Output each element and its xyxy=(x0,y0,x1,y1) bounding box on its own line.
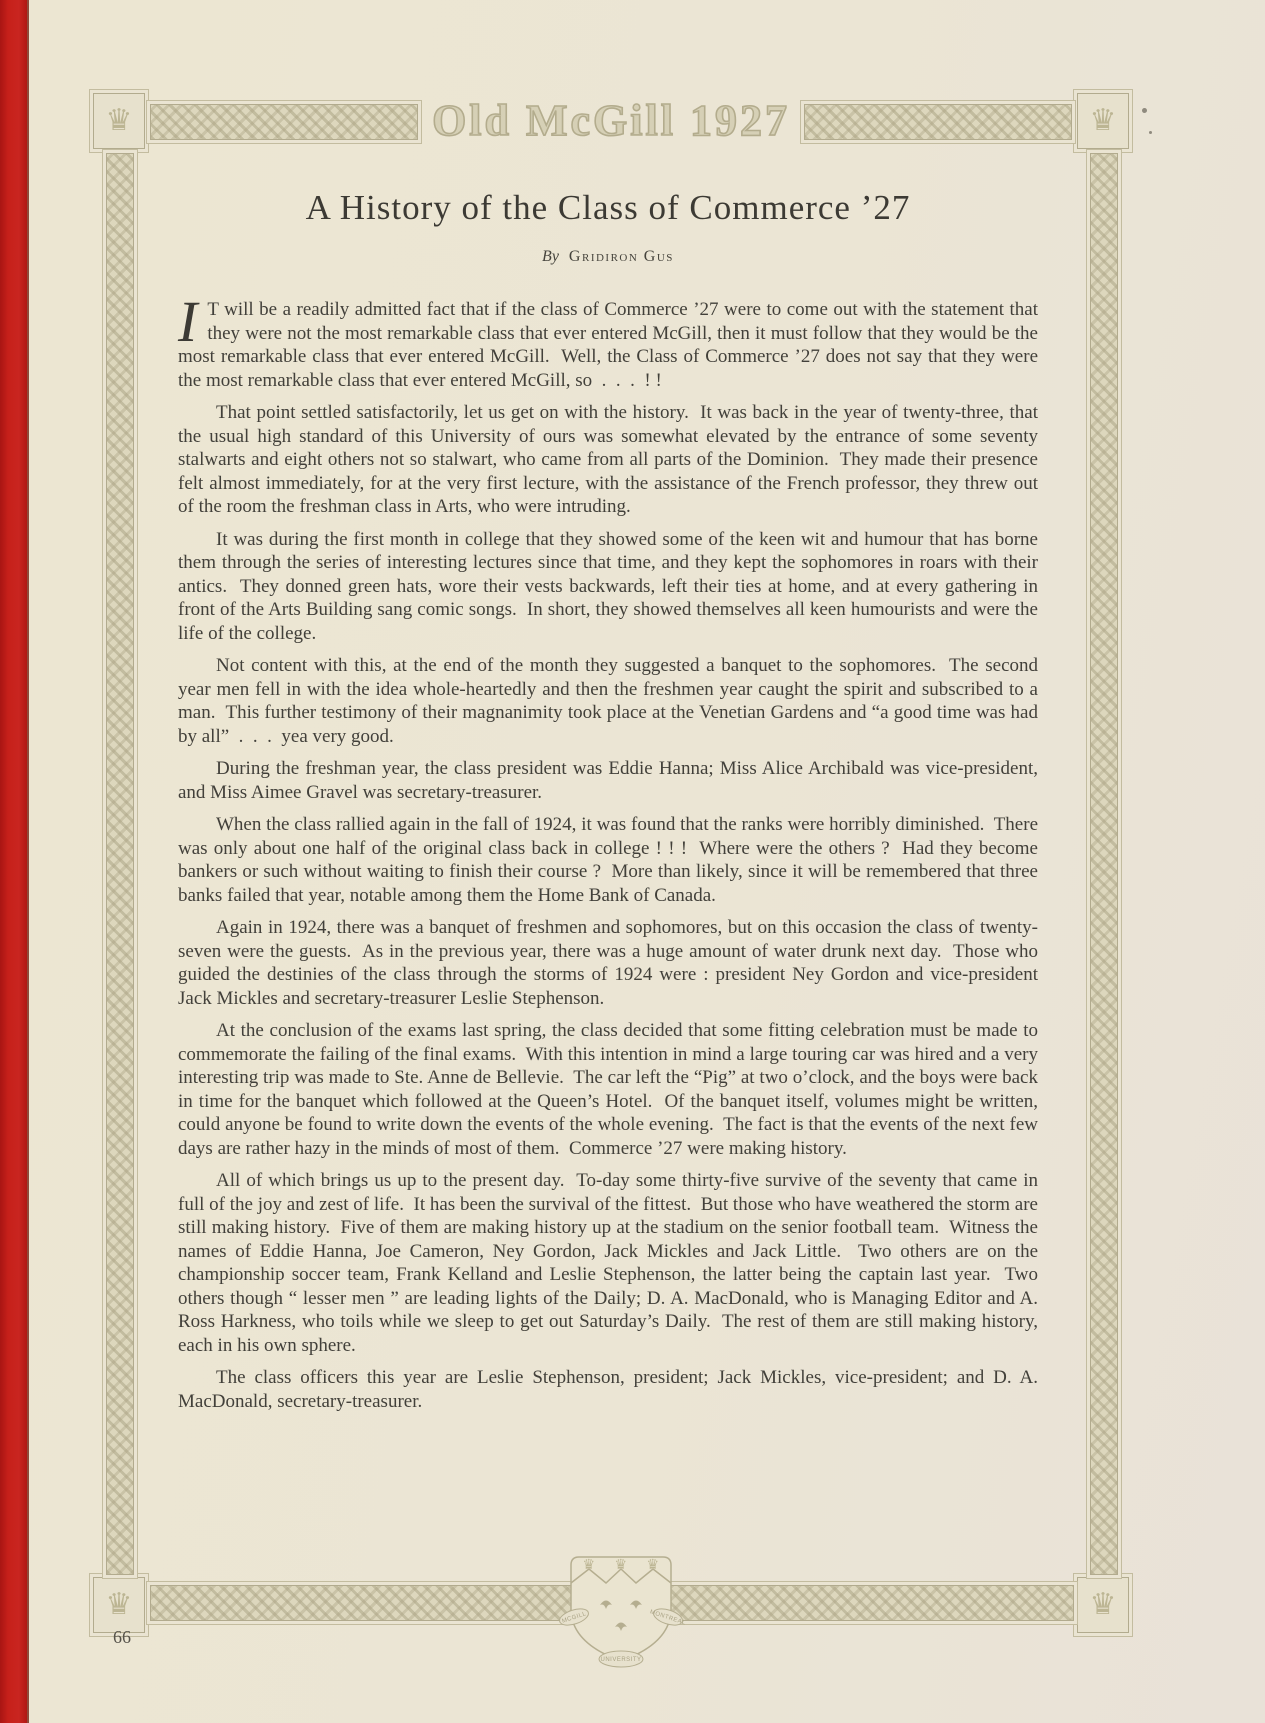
svg-text:♛: ♛ xyxy=(582,1556,595,1572)
article-paragraph: During the freshman year, the class pres… xyxy=(178,757,1038,804)
border-corner-bottom-right: ♛ xyxy=(1077,1577,1129,1633)
article-paragraph: The class officers this year are Leslie … xyxy=(178,1366,1038,1413)
paragraph-text: T will be a readily admitted fact that i… xyxy=(178,299,1043,391)
yearbook-banner-title: Old McGill 1927 xyxy=(432,95,790,146)
border-band-segment xyxy=(804,104,1072,140)
border-corner-bottom-left: ♛ xyxy=(93,1577,145,1633)
drop-cap: I xyxy=(178,298,207,344)
crown-icon: ♛ xyxy=(1090,106,1117,136)
book-spine-strip xyxy=(0,0,29,1723)
border-band-segment xyxy=(150,104,418,140)
byline: By Gridiron Gus xyxy=(178,248,1038,266)
page-number: 66 xyxy=(113,1627,131,1648)
yearbook-page-scan: ♛ ♛ ♛ ♛ Old McGill 1927 A History of the… xyxy=(0,0,1265,1723)
border-corner-top-right: ♛ xyxy=(1077,93,1129,149)
article-paragraph: Again in 1924, there was a banquet of fr… xyxy=(178,916,1038,1010)
border-corner-top-left: ♛ xyxy=(93,93,145,149)
crest-shield xyxy=(571,1557,671,1661)
byline-prefix: By xyxy=(542,248,559,265)
article-paragraph: Not content with this, at the end of the… xyxy=(178,654,1038,748)
article-paragraph: All of which brings us up to the present… xyxy=(178,1169,1038,1357)
mcgill-crest: ♛ ♛ ♛ McGill University Montreal xyxy=(556,1543,686,1673)
svg-text:University: University xyxy=(600,1657,641,1663)
crown-icon: ♛ xyxy=(1090,1590,1117,1620)
ornamental-border-left xyxy=(106,153,134,1575)
byline-author: Gridiron Gus xyxy=(569,248,674,265)
crown-icon: ♛ xyxy=(106,1590,133,1620)
article-title: A History of the Class of Commerce ’27 xyxy=(178,188,1038,228)
article-paragraph: At the conclusion of the exams last spri… xyxy=(178,1019,1038,1160)
article-paragraph: That point settled satisfactorily, let u… xyxy=(178,401,1038,519)
article-paragraph: It was during the first month in college… xyxy=(178,528,1038,646)
scan-speck xyxy=(1142,108,1147,113)
article-paragraph: IT will be a readily admitted fact that … xyxy=(178,298,1038,392)
scan-speck xyxy=(1149,131,1152,134)
article-paragraph: When the class rallied again in the fall… xyxy=(178,813,1038,907)
svg-text:♛: ♛ xyxy=(646,1556,659,1572)
ornamental-border-right xyxy=(1090,153,1118,1575)
crown-icon: ♛ xyxy=(106,106,133,136)
svg-text:♛: ♛ xyxy=(614,1556,627,1572)
article: A History of the Class of Commerce ’27 B… xyxy=(178,188,1038,1422)
ornamental-border-top: Old McGill 1927 xyxy=(150,101,1072,143)
